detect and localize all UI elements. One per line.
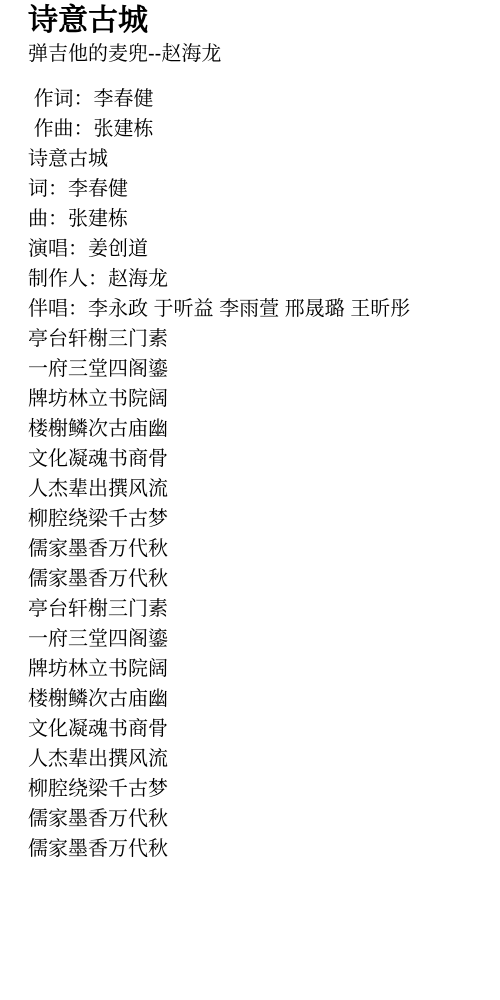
lyric-line: 一府三堂四阁鎏: [28, 624, 480, 654]
lyric-line: 人杰辈出撰风流: [28, 474, 480, 504]
lyric-line: 儒家墨香万代秋: [28, 534, 480, 564]
lyric-line: 词：李春健: [28, 174, 480, 204]
lyric-line: 作词：李春健: [28, 84, 480, 114]
lyrics-page: 诗意古城 弹吉他的麦兜--赵海龙 作词：李春健 作曲：张建栋诗意古城词：李春健曲…: [0, 0, 500, 1000]
lyrics-block: 作词：李春健 作曲：张建栋诗意古城词：李春健曲：张建栋演唱：姜创道制作人：赵海龙…: [28, 84, 480, 864]
lyric-line: 曲：张建栋: [28, 204, 480, 234]
lyric-line: 楼榭鳞次古庙幽: [28, 684, 480, 714]
lyric-line: 文化凝魂书商骨: [28, 444, 480, 474]
lyric-line: 诗意古城: [28, 144, 480, 174]
lyric-line: 亭台轩榭三门素: [28, 594, 480, 624]
song-title: 诗意古城: [28, 4, 480, 38]
lyric-line: 亭台轩榭三门素: [28, 324, 480, 354]
lyric-line: 伴唱：李永政 于听益 李雨萱 邢晟璐 王昕彤: [28, 294, 480, 324]
lyric-line: 柳腔绕梁千古梦: [28, 504, 480, 534]
lyric-line: 制作人：赵海龙: [28, 264, 480, 294]
lyric-line: 儒家墨香万代秋: [28, 834, 480, 864]
lyric-line: 楼榭鳞次古庙幽: [28, 414, 480, 444]
lyric-line: 文化凝魂书商骨: [28, 714, 480, 744]
lyric-line: 牌坊林立书院阔: [28, 654, 480, 684]
artist-subtitle: 弹吉他的麦兜--赵海龙: [28, 42, 480, 66]
lyric-line: 演唱：姜创道: [28, 234, 480, 264]
lyric-line: 儒家墨香万代秋: [28, 564, 480, 594]
lyric-line: 人杰辈出撰风流: [28, 744, 480, 774]
lyric-line: 儒家墨香万代秋: [28, 804, 480, 834]
lyric-line: 牌坊林立书院阔: [28, 384, 480, 414]
lyric-line: 柳腔绕梁千古梦: [28, 774, 480, 804]
lyric-line: 一府三堂四阁鎏: [28, 354, 480, 384]
lyric-line: 作曲：张建栋: [28, 114, 480, 144]
